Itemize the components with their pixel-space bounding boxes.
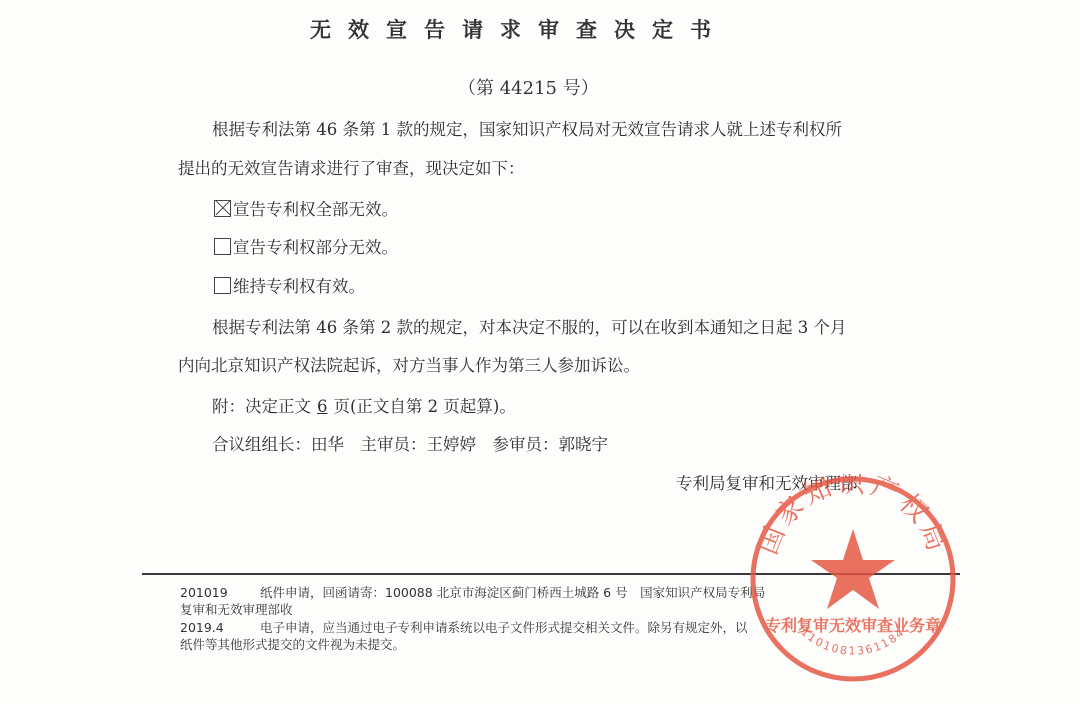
footer-divider <box>142 573 960 575</box>
attachment-suffix: 页(正文自第 2 页起算)。 <box>334 397 516 416</box>
option-label: 维持专利权有效。 <box>233 273 365 297</box>
footer-code: 201019 <box>180 585 260 600</box>
attachment-prefix: 附：决定正文 <box>212 397 311 416</box>
seal-serial: 1101081361184 <box>798 625 908 657</box>
footer-line1: 201019纸件申请，回函请寄：100088 北京市海淀区蓟门桥西土城路 6 号… <box>180 583 765 601</box>
checkbox-unchecked-icon <box>214 277 231 294</box>
intro-paragraph-line1: 根据专利法第 46 条第 1 款的规定，国家知识产权局对无效宣告请求人就上述专利… <box>212 116 842 140</box>
checkbox-unchecked-icon <box>214 238 231 255</box>
footer-text: 纸件申请，回函请寄：100088 北京市海淀区蓟门桥西土城路 6 号 国家知识产… <box>260 585 765 600</box>
footer-line3: 2019.4电子申请，应当通过电子专利申请系统以电子文件形式提交相关文件。除另有… <box>180 618 748 636</box>
footer-code: 2019.4 <box>180 620 260 635</box>
document-title: 无效宣告请求审查决定书 <box>310 14 728 44</box>
svg-text:1101081361184: 1101081361184 <box>798 625 908 657</box>
footer-line2: 复审和无效审理部收 <box>180 600 293 618</box>
intro-paragraph-line2: 提出的无效宣告请求进行了审查，现决定如下： <box>178 155 525 179</box>
attachment-page-count: 6 <box>311 397 334 416</box>
attachment-line: 附：决定正文6页(正文自第 2 页起算)。 <box>212 393 516 417</box>
option-invalidate-all: 宣告专利权全部无效。 <box>214 196 398 220</box>
panel-members: 合议组组长：田华 主审员：王婷婷 参审员：郭晓宇 <box>212 431 608 455</box>
appeal-paragraph-line1: 根据专利法第 46 条第 2 款的规定，对本决定不服的，可以在收到本通知之日起 … <box>212 314 846 338</box>
footer-line4: 纸件等其他形式提交的文件视为未提交。 <box>180 635 405 653</box>
official-seal-icon: 国家知识产权局 专利复审无效审查业务章 1101081361184 <box>748 474 958 684</box>
option-label: 宣告专利权部分无效。 <box>233 234 398 258</box>
option-maintain-valid: 维持专利权有效。 <box>214 273 365 297</box>
option-label: 宣告专利权全部无效。 <box>233 196 398 220</box>
footer-text: 电子申请，应当通过电子专利申请系统以电子文件形式提交相关文件。除另有规定外，以 <box>260 620 748 635</box>
seal-inner-text: 专利复审无效审查业务章 <box>765 616 941 635</box>
issuing-department: 专利局复审和无效审理部 <box>676 470 858 494</box>
checkbox-checked-icon <box>214 200 231 217</box>
option-invalidate-partial: 宣告专利权部分无效。 <box>214 234 398 258</box>
decision-number: （第 44215 号） <box>458 74 599 100</box>
appeal-paragraph-line2: 内向北京知识产权法院起诉，对方当事人作为第三人参加诉讼。 <box>178 352 640 376</box>
